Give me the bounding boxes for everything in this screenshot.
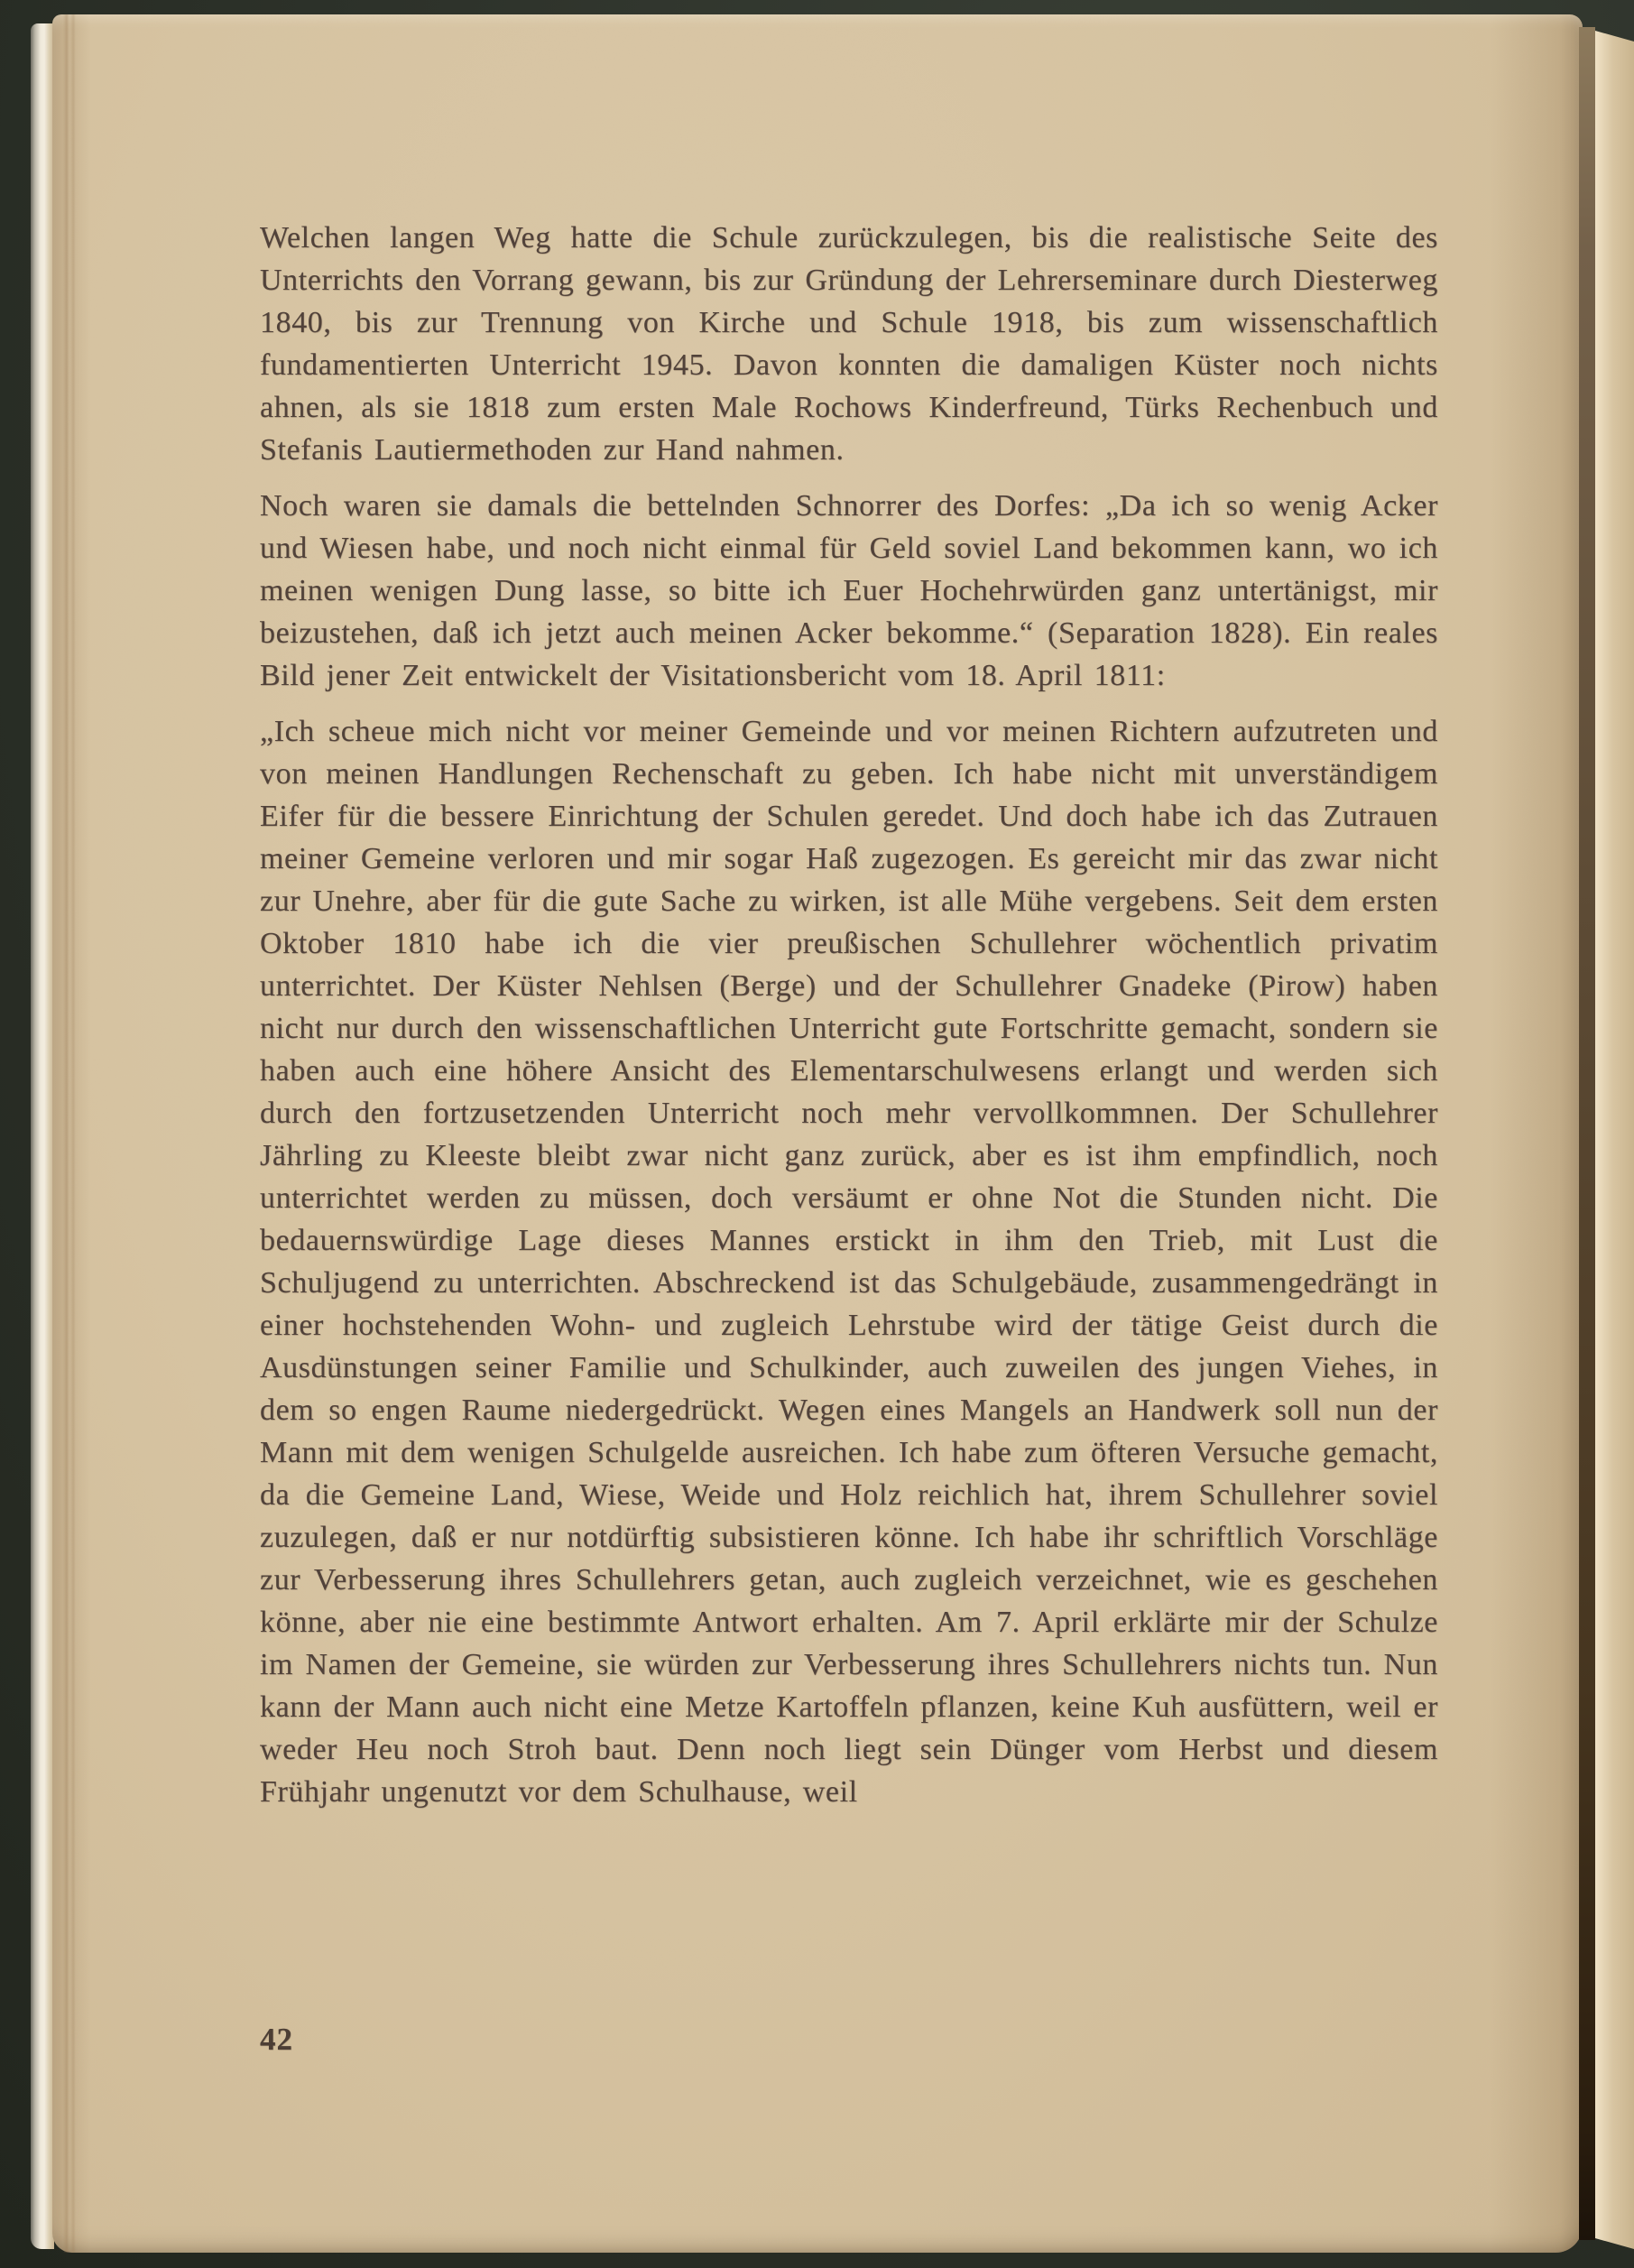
paragraph-quote-schnorrer: Noch waren sie damals die bettelnden Sch… [260, 485, 1438, 697]
page-number: 42 [260, 2022, 293, 2058]
paragraph-visitationsbericht: „Ich scheue mich nicht vor meiner Gemein… [260, 710, 1438, 1813]
page-crease-lines [63, 14, 76, 2253]
adjacent-page-edge [1595, 0, 1634, 2268]
book-page: Welchen langen Weg hatte die Schule zurü… [52, 14, 1583, 2253]
page-edge-stack-left [31, 23, 54, 2249]
paragraph-intro: Welchen langen Weg hatte die Schule zurü… [260, 217, 1438, 471]
page-text-block: Welchen langen Weg hatte die Schule zurü… [260, 217, 1438, 1813]
book-scan: Welchen langen Weg hatte die Schule zurü… [0, 0, 1634, 2268]
page-gutter-shadow [1579, 27, 1595, 2240]
